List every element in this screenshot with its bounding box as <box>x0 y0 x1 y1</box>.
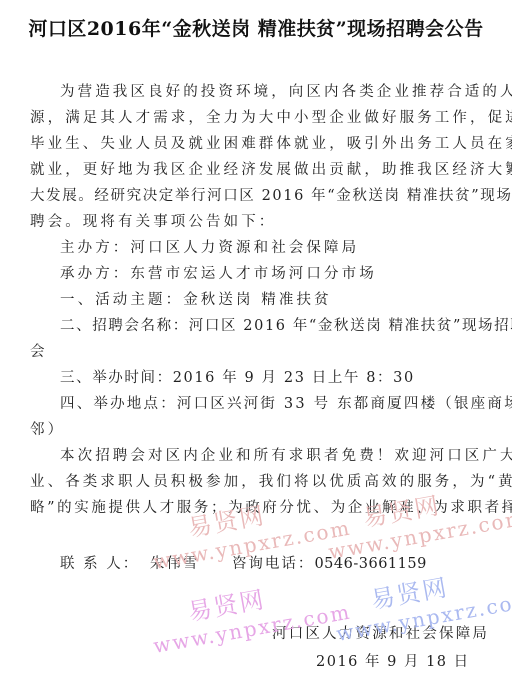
event-name-line-cont: 会 <box>30 340 48 361</box>
theme-line: 一、活动主题：金秋送岗 精准扶贫 <box>60 288 332 309</box>
paragraph-line: 就业，更好地为我区企业经济发展做出贡献，助推我区经济大繁荣、 <box>30 158 512 179</box>
contact-line: 联 系 人： 朱伟雪 咨询电话：0546-3661159 <box>60 552 427 573</box>
paragraph-line: 聘会。现将有关事项公告如下： <box>30 210 276 231</box>
contact-name: 朱伟雪 <box>150 556 200 572</box>
paragraph-line: 为营造我区良好的投资环境，向区内各类企业推荐合适的人力资 <box>60 80 512 101</box>
signature-org: 河口区人力资源和社会保障局 <box>272 622 489 643</box>
paragraph-line: 大发展。经研究决定举行河口区 2016 年“金秋送岗 精准扶贫”现场招 <box>30 184 512 205</box>
paragraph-line: 业、各类求职人员积极参加，我们将以优质高效的服务，为“黄蓝战 <box>30 470 512 491</box>
location-line: 四、举办地点：河口区兴河街 33 号 东都商厦四楼（银座商场东 <box>60 392 512 413</box>
signature-date: 2016 年 9 月 18 日 <box>316 650 470 671</box>
time-line: 三、举办时间：2016 年 9 月 23 日上午 8：30 <box>60 366 415 387</box>
phone-label: 咨询电话： <box>232 556 315 572</box>
phone-number: 0546-3661159 <box>314 556 426 572</box>
paragraph-line: 略”的实施提供人才服务；为政府分忧、为企业解难、为求职者择业。 <box>30 496 512 517</box>
contact-label: 联 系 人： <box>60 556 139 572</box>
organizer-line: 主办方：河口区人力资源和社会保障局 <box>60 236 359 257</box>
paragraph-line: 本次招聘会对区内企业和所有求职者免费！欢迎河口区广大企 <box>60 444 512 465</box>
co-organizer-line: 承办方：东营市宏运人才市场河口分市场 <box>60 262 377 283</box>
paragraph-line: 毕业生、失业人员及就业困难群体就业，吸引外出务工人员在家门口 <box>30 132 512 153</box>
paragraph-line: 源，满足其人才需求，全力为大中小型企业做好服务工作，促进高校 <box>30 106 512 127</box>
location-line-cont: 邻） <box>30 418 65 439</box>
event-name-line: 二、招聘会名称：河口区 2016 年“金秋送岗 精准扶贫”现场招聘 <box>60 314 512 335</box>
document-title: 河口区2016年“金秋送岗 精准扶贫”现场招聘会公告 <box>0 14 512 41</box>
